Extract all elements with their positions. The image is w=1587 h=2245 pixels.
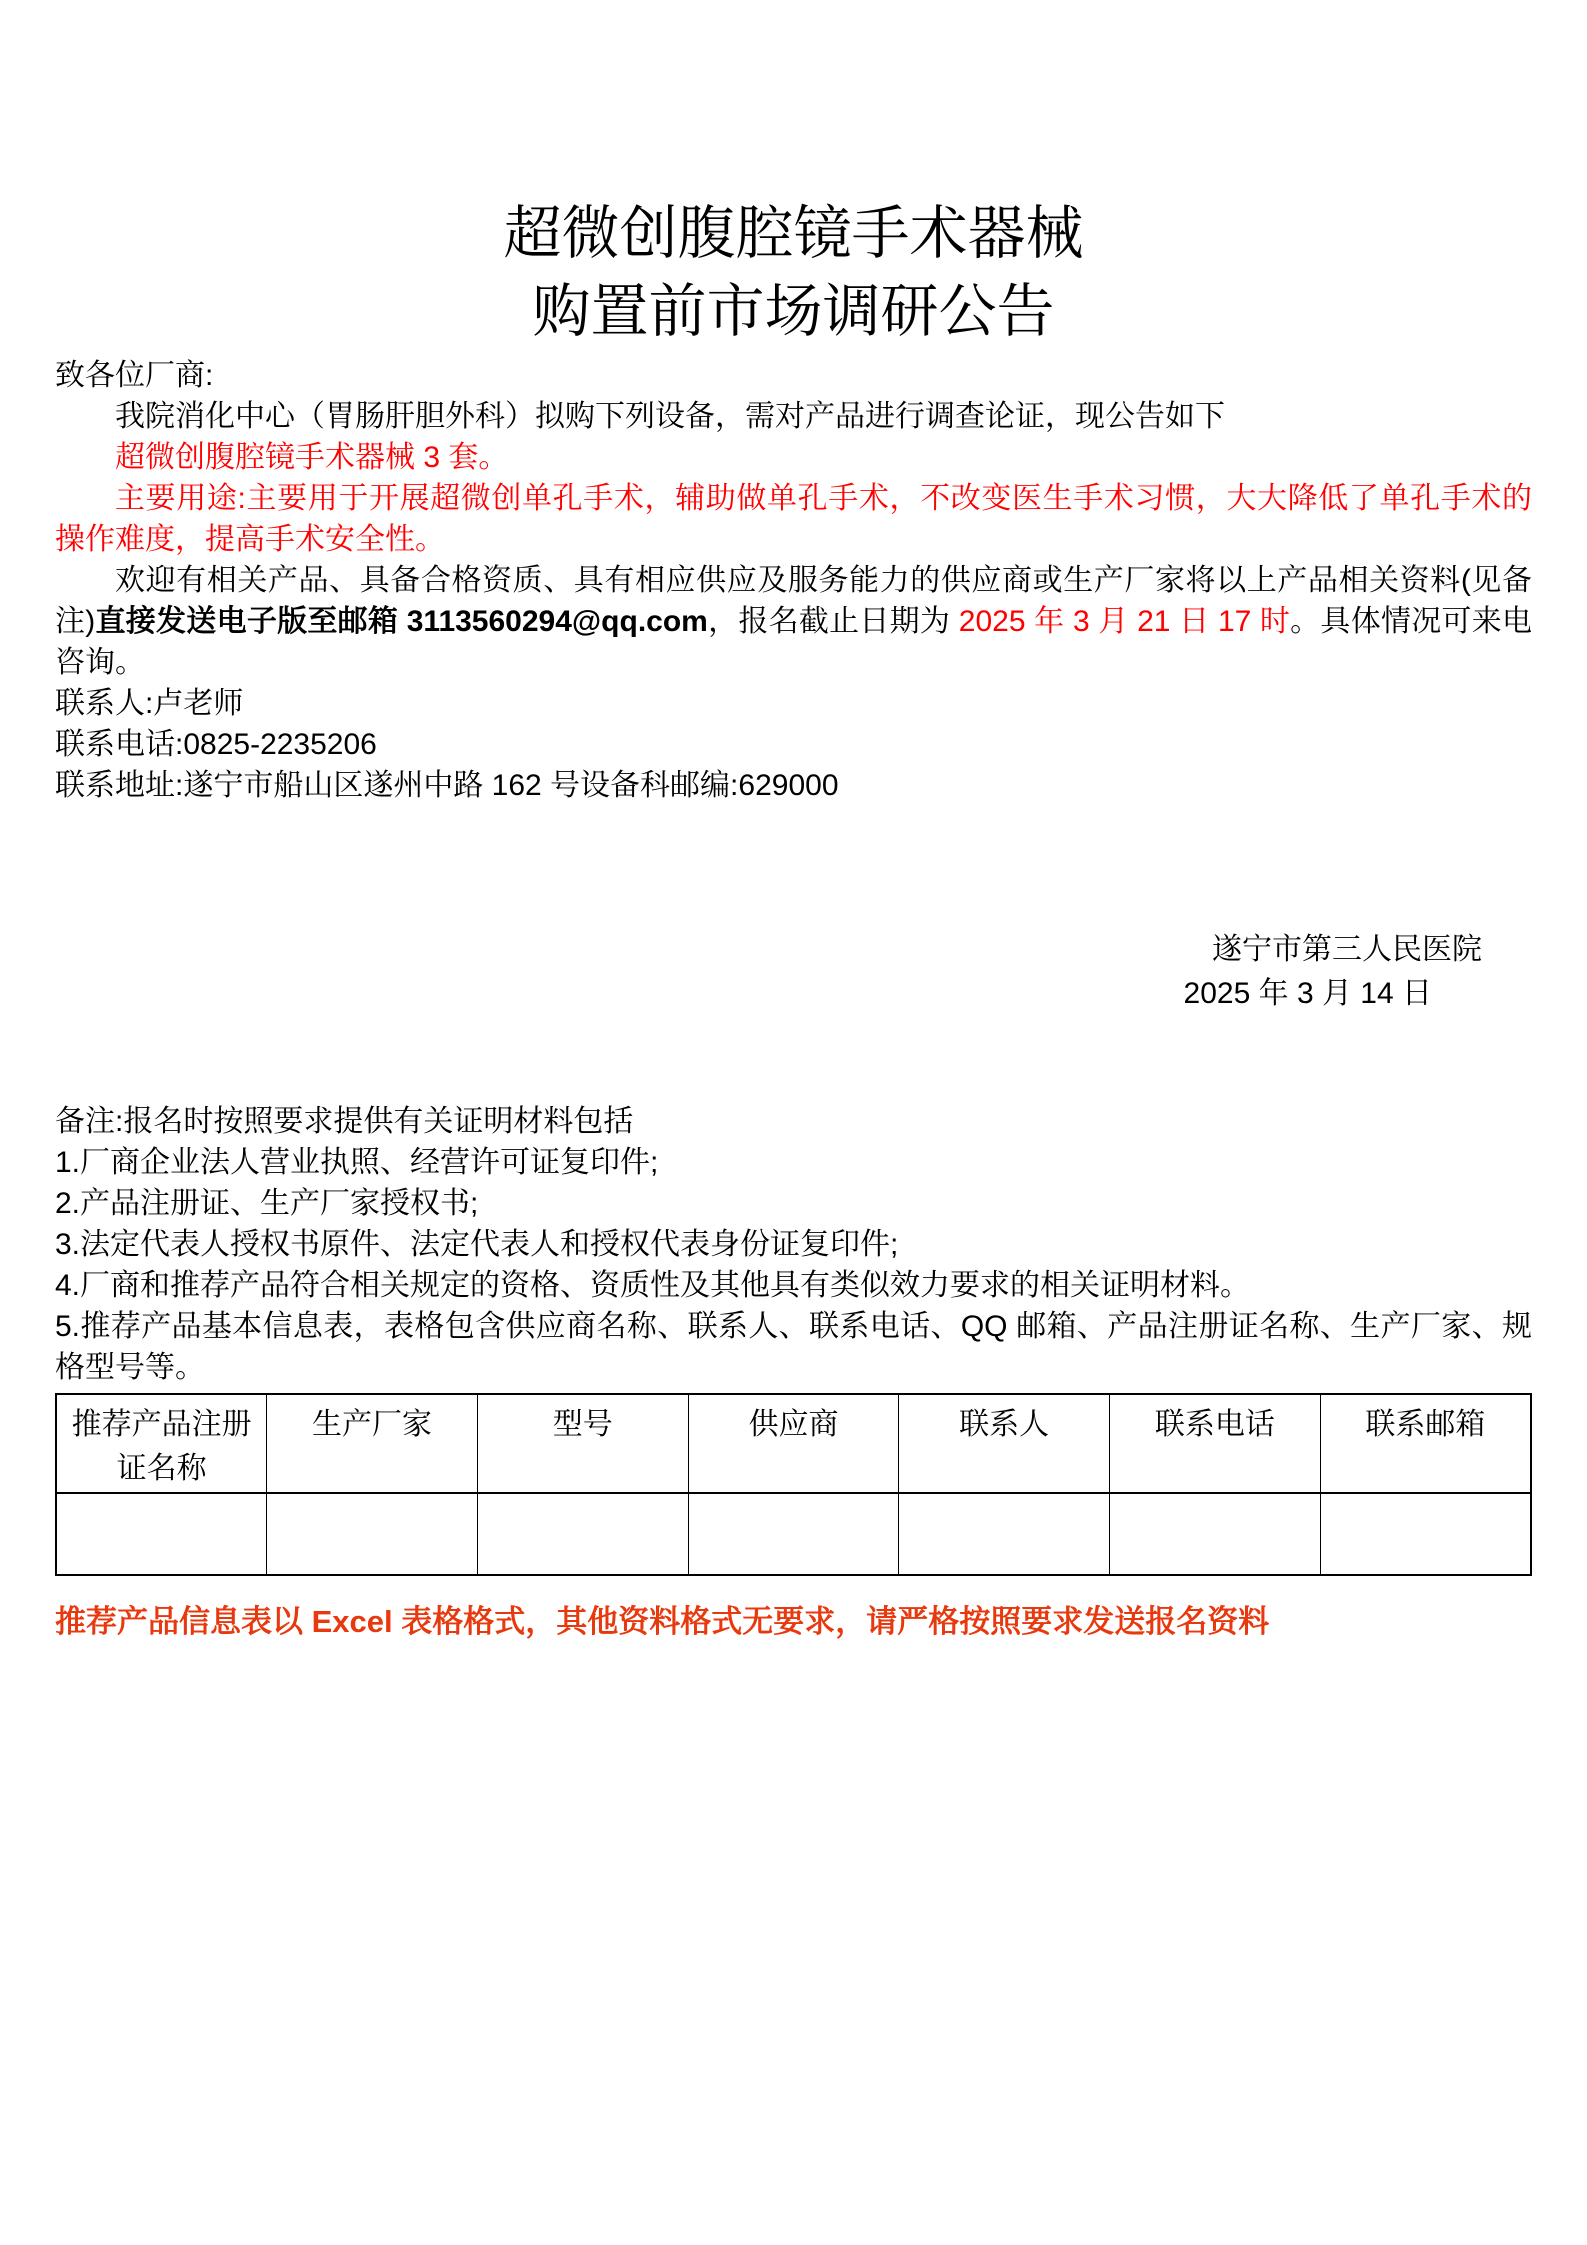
empty-cell-manufacturer: [267, 1493, 478, 1575]
footer-warning-text: 推荐产品信息表以 Excel 表格格式，其他资料格式无要求，请严格按照要求发送报…: [55, 1600, 1532, 1644]
remark-item-5: 5.推荐产品基本信息表，表格包含供应商名称、联系人、联系电话、QQ 邮箱、产品注…: [55, 1306, 1532, 1388]
document-title-line1: 超微创腹腔镜手术器械: [55, 195, 1532, 273]
usage-paragraph: 主要用途:主要用于开展超微创单孔手术，辅助做单孔手术，不改变医生手术习惯，大大降…: [55, 478, 1532, 560]
remark-item-4: 4.厂商和推荐产品符合相关规定的资格、资质性及其他具有类似效力要求的相关证明材料…: [55, 1265, 1532, 1306]
empty-cell-contact-email: [1320, 1493, 1531, 1575]
document-title-line2: 购置前市场调研公告: [55, 273, 1532, 351]
document-body: 致各位厂商: 我院消化中心（胃肠肝胆外科）拟购下列设备，需对产品进行调查论证，现…: [55, 355, 1532, 806]
col-product-registration-name: 推荐产品注册 证名称: [56, 1394, 267, 1493]
col-contact-phone: 联系电话: [1110, 1394, 1321, 1493]
signature-block: 遂宁市第三人民医院 2025 年 3 月 14 日: [55, 928, 1532, 1016]
signature-date: 2025 年 3 月 14 日: [55, 972, 1532, 1016]
remark-item-1: 1.厂商企业法人营业执照、经营许可证复印件;: [55, 1142, 1532, 1183]
col-contact-email: 联系邮箱: [1320, 1394, 1531, 1493]
empty-cell-product-registration-name: [56, 1493, 267, 1575]
col-model: 型号: [477, 1394, 688, 1493]
contact-phone-line: 联系电话:0825-2235206: [55, 724, 1532, 765]
remarks-section: 备注:报名时按照要求提供有关证明材料包括 1.厂商企业法人营业执照、经营许可证复…: [55, 1101, 1532, 1388]
document-title: 超微创腹腔镜手术器械 购置前市场调研公告: [55, 195, 1532, 351]
email-instruction-bold: 直接发送电子版至邮箱 3113560294@qq.com: [95, 605, 708, 638]
contact-person-line: 联系人:卢老师: [55, 683, 1532, 724]
intro-paragraph: 我院消化中心（胃肠肝胆外科）拟购下列设备，需对产品进行调查论证，现公告如下: [55, 396, 1532, 437]
contact-address-line: 联系地址:遂宁市船山区遂州中路 162 号设备科邮编:629000: [55, 765, 1532, 806]
procurement-item-line: 超微创腹腔镜手术器械 3 套。: [55, 437, 1532, 478]
remark-item-3: 3.法定代表人授权书原件、法定代表人和授权代表身份证复印件;: [55, 1224, 1532, 1265]
col-supplier: 供应商: [688, 1394, 899, 1493]
notice-paragraph: 欢迎有相关产品、具备合格资质、具有相应供应及服务能力的供应商或生产厂家将以上产品…: [55, 560, 1532, 683]
notice-text-2: ，报名截止日期为: [708, 605, 959, 638]
col-manufacturer: 生产厂家: [267, 1394, 478, 1493]
empty-cell-contact-person: [899, 1493, 1110, 1575]
remark-item-2: 2.产品注册证、生产厂家授权书;: [55, 1183, 1532, 1224]
signature-organization: 遂宁市第三人民医院: [55, 928, 1532, 972]
empty-cell-contact-phone: [1110, 1493, 1321, 1575]
product-info-table: 推荐产品注册 证名称 生产厂家 型号 供应商 联系人 联系电话 联系邮箱: [55, 1393, 1532, 1576]
empty-cell-supplier: [688, 1493, 899, 1575]
remarks-heading: 备注:报名时按照要求提供有关证明材料包括: [55, 1101, 1532, 1142]
salutation: 致各位厂商:: [55, 355, 1532, 396]
empty-cell-model: [477, 1493, 688, 1575]
table-empty-row: [56, 1493, 1531, 1575]
col-contact-person: 联系人: [899, 1394, 1110, 1493]
table-header-row: 推荐产品注册 证名称 生产厂家 型号 供应商 联系人 联系电话 联系邮箱: [56, 1394, 1531, 1493]
deadline-date: 2025 年 3 月 21 日 17 时: [959, 605, 1290, 638]
document-page: 超微创腹腔镜手术器械 购置前市场调研公告 致各位厂商: 我院消化中心（胃肠肝胆外…: [0, 0, 1587, 2245]
